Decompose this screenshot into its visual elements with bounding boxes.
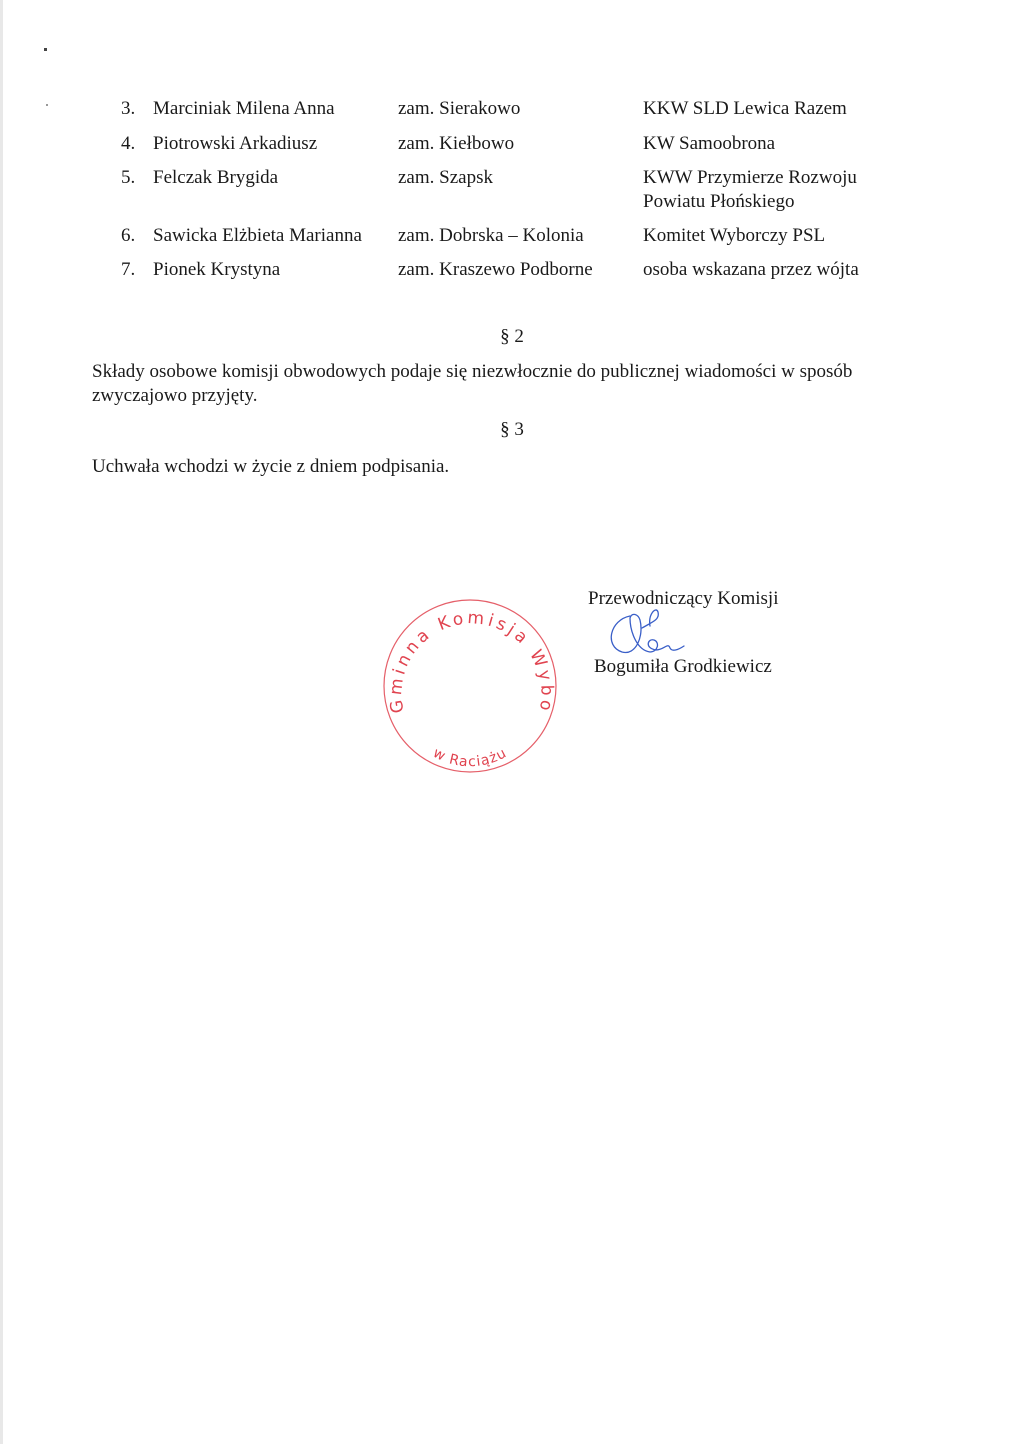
member-name: Sawicka Elżbieta Marianna xyxy=(153,224,362,248)
member-committee: Komitet Wyborczy PSL xyxy=(643,224,933,248)
member-number: 3. xyxy=(121,97,135,121)
member-name: Piotrowski Arkadiusz xyxy=(153,132,317,156)
member-address: zam. Kiełbowo xyxy=(398,132,514,156)
member-committee: osoba wskazana przez wójta xyxy=(643,258,933,282)
official-stamp: Gminna Komisja Wyborcza w Raciążu xyxy=(380,596,562,783)
member-name: Pionek Krystyna xyxy=(153,258,280,282)
member-address: zam. Dobrska – Kolonia xyxy=(398,224,584,248)
member-number: 5. xyxy=(121,166,135,190)
section-text: Uchwała wchodzi w życie z dniem podpisan… xyxy=(92,455,952,479)
stamp-outer-text: Gminna Komisja Wyborcza xyxy=(380,596,557,716)
member-committee: KW Samoobrona xyxy=(643,132,933,156)
scan-speck xyxy=(44,48,47,51)
section-heading: § 2 xyxy=(0,326,1024,348)
member-address: zam. Sierakowo xyxy=(398,97,520,121)
member-number: 7. xyxy=(121,258,135,282)
section-text: Składy osobowe komisji obwodowych podaje… xyxy=(92,360,952,408)
member-address: zam. Kraszewo Podborne xyxy=(398,258,593,282)
section-heading: § 3 xyxy=(0,419,1024,441)
member-name: Marciniak Milena Anna xyxy=(153,97,335,121)
member-number: 6. xyxy=(121,224,135,248)
scan-speck xyxy=(46,104,48,106)
stamp-bottom-text: w Raciążu xyxy=(430,745,509,770)
signatory-name: Bogumiła Grodkiewicz xyxy=(594,656,772,678)
member-committee: KWW Przymierze Rozwoju Powiatu Płońskieg… xyxy=(643,166,903,214)
member-committee: KKW SLD Lewica Razem xyxy=(643,97,933,121)
scan-edge xyxy=(0,0,3,1444)
member-number: 4. xyxy=(121,132,135,156)
member-name: Felczak Brygida xyxy=(153,166,278,190)
member-address: zam. Szapsk xyxy=(398,166,493,190)
